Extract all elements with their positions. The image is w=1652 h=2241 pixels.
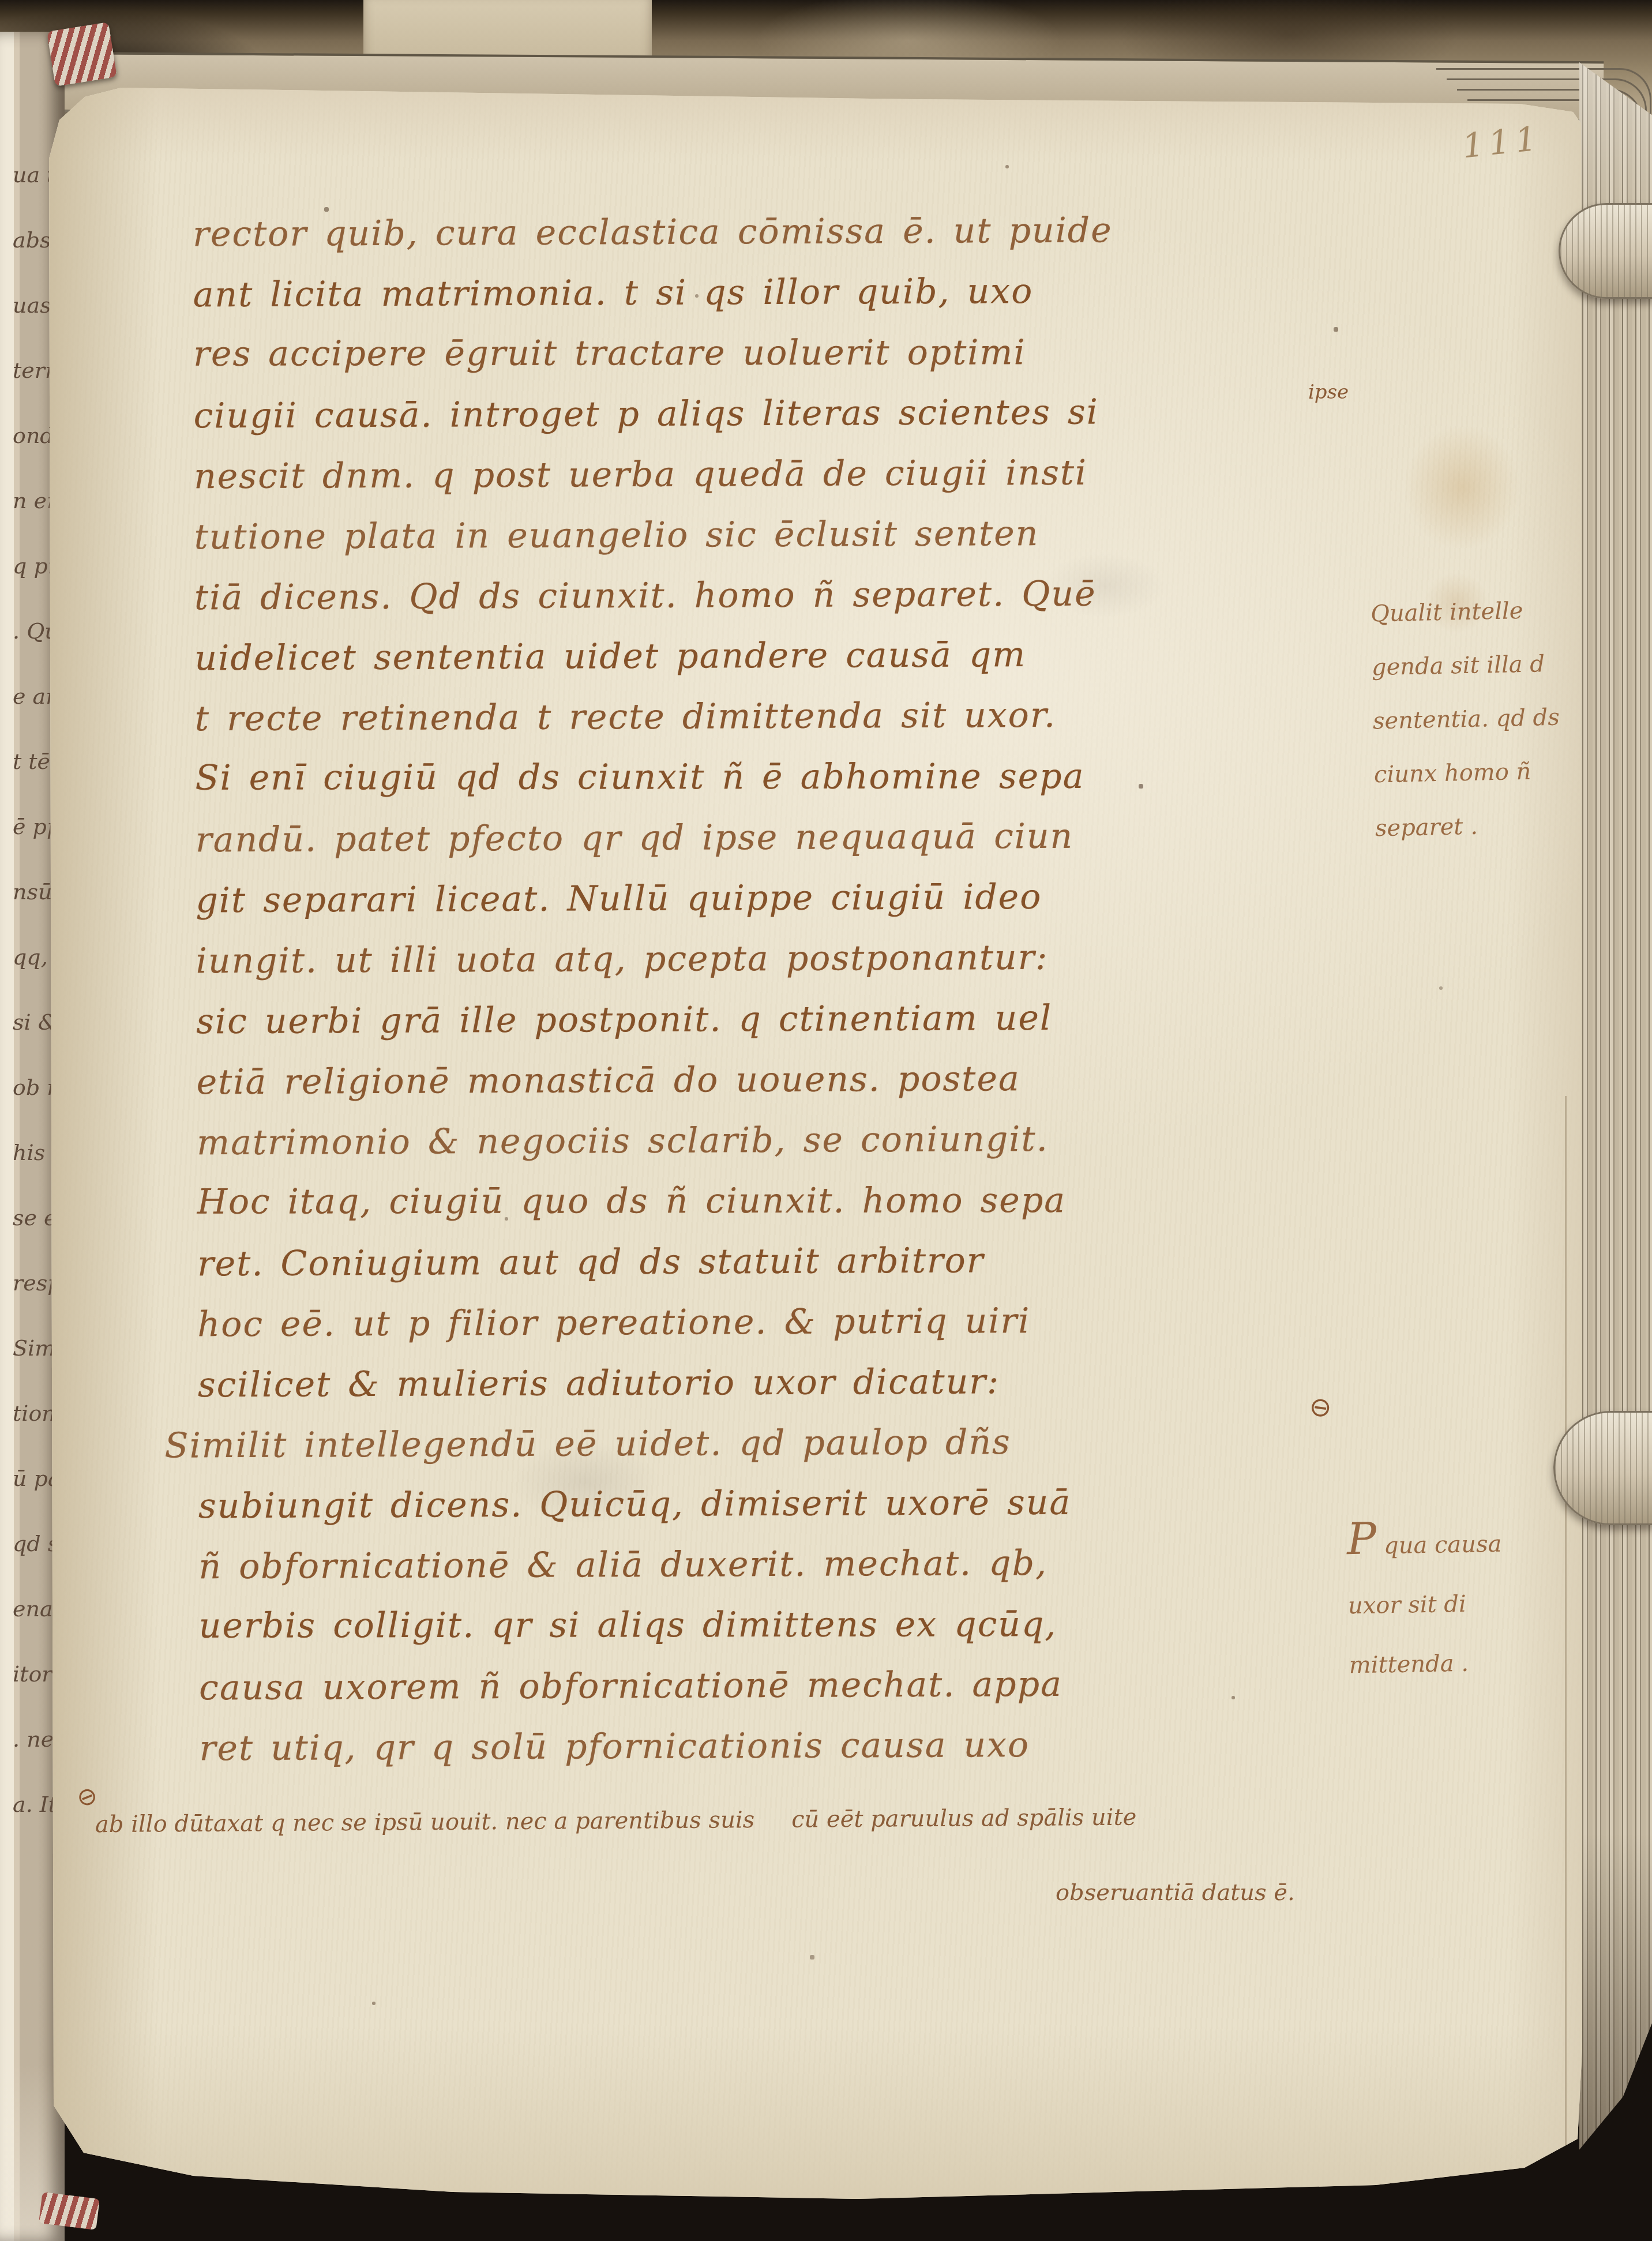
manuscript-text-line: ret utiq, qr q solū pfornicationis causa… [200, 1714, 1347, 1780]
margin-note-line: P qua causa [1346, 1515, 1502, 1577]
manuscript-text-line: rector quib, cura ecclastica cōmissa ē. … [193, 200, 1341, 265]
manuscript-text-line: subiungit dicens. Quicūq, dimiserit uxor… [198, 1472, 1346, 1537]
manuscript-text-line: causa uxorem ñ obfornicationē mechat. ap… [199, 1653, 1347, 1719]
manuscript-text-line: ciugii causā. introget p aliqs literas s… [193, 381, 1341, 447]
manuscript-text-line: uerbis colligit. qr si aliqs dimittens e… [199, 1594, 1347, 1656]
margin-note-line: uxor sit di [1347, 1574, 1503, 1636]
margin-note-lower: P qua causauxor sit dimittenda . [1346, 1515, 1504, 1696]
manuscript-text-line: tutione plata in euangelio sic ēclusit s… [194, 502, 1342, 568]
manuscript-text-line: ñ obfornicationē & aliā duxerit. mechat.… [198, 1532, 1346, 1598]
manuscript-text-line: randū. patet pfecto qr qd ipse nequaquā … [196, 805, 1343, 871]
footnote-reference-mark-icon: ⊖ [72, 1780, 102, 1814]
inline-reference-mark-icon: ⊖ [1307, 1390, 1334, 1424]
manuscript-text-line: hoc eē. ut p filior pereatione. & putriq… [197, 1290, 1345, 1356]
manuscript-text-line: res accipere ēgruit tractare uoluerit op… [193, 322, 1341, 384]
manuscript-text-line: ant licita matrimonia. t si qs illor qui… [193, 260, 1341, 326]
manuscript-photo: ua t pabste. huas maternū. londet on enī… [0, 0, 1652, 2241]
manuscript-text-line: iungit. ut illi uota atq, pcepta postpon… [196, 926, 1344, 992]
bottom-addition-note: ab illo dūtaxat q nec se ipsū uouit. nec… [95, 1802, 1439, 1838]
manuscript-text-line: nescit dnm. q post uerba quedā de ciugii… [194, 442, 1342, 508]
page-tab-upper[interactable] [1559, 203, 1652, 299]
manuscript-text-line: git separari liceat. Nullū quippe ciugiū… [196, 866, 1343, 932]
parchment-stain [1381, 401, 1543, 574]
manuscript-text-line: Similit intellegendū eē uidet. qd paulop… [164, 1411, 1346, 1477]
main-text-block: rector quib, cura ecclastica cōmissa ē. … [193, 200, 1347, 1780]
manuscript-page: 111 rector quib, cura ecclastica cōmissa… [49, 87, 1595, 2209]
bottom-addition-note-line2: obseruantiā datus ē. [1056, 1879, 1448, 1906]
manuscript-text-line: Hoc itaq, ciugiū quo ds ñ ciunxit. homo … [197, 1170, 1345, 1232]
manuscript-text-line: uidelicet sententia uidet pandere causā … [194, 624, 1342, 689]
page-edge-crease [1565, 1096, 1567, 2163]
fore-edge-page-stack [1579, 62, 1652, 2171]
manuscript-text-line: sic uerbi grā ille postponit. q ctinenti… [196, 987, 1344, 1053]
margin-note-line: Qualit intelle [1370, 584, 1558, 641]
bottom-note-segment: cū eēt paruulus ad spālis uite [791, 1804, 1136, 1833]
manuscript-text-line: etiā religionē monasticā do uouens. post… [196, 1048, 1344, 1113]
interlinear-addition: ipse [1308, 381, 1349, 404]
margin-note-line: mittenda . [1349, 1634, 1504, 1696]
folio-number: 111 [1460, 114, 1591, 166]
manuscript-text-line: ret. Coniugium aut qd ds statuit arbitro… [197, 1229, 1345, 1295]
margin-note-line: separet . [1375, 798, 1563, 856]
bottom-note-segment: ab illo dūtaxat q nec se ipsū uouit. nec… [95, 1807, 754, 1838]
manuscript-text-line: tiā dicens. Qd ds ciunxit. homo ñ separe… [194, 563, 1342, 629]
endband [47, 22, 117, 87]
margin-note-line: ciunx homo ñ [1373, 745, 1561, 802]
manuscript-text-line: matrimonio & negociis sclarib, se coniun… [197, 1108, 1345, 1174]
manuscript-text-line: Si enī ciugiū qd ds ciunxit ñ ē abhomine… [195, 746, 1343, 808]
margin-note-upper: Qualit intellegenda sit illa dsententia.… [1370, 584, 1562, 856]
manuscript-text-line: t recte retinenda t recte dimittenda sit… [195, 684, 1343, 750]
margin-note-line: genda sit illa d [1371, 637, 1559, 695]
manuscript-text-line: scilicet & mulieris adiutorio uxor dicat… [198, 1350, 1346, 1416]
margin-note-line: sententia. qd ds [1372, 691, 1560, 749]
